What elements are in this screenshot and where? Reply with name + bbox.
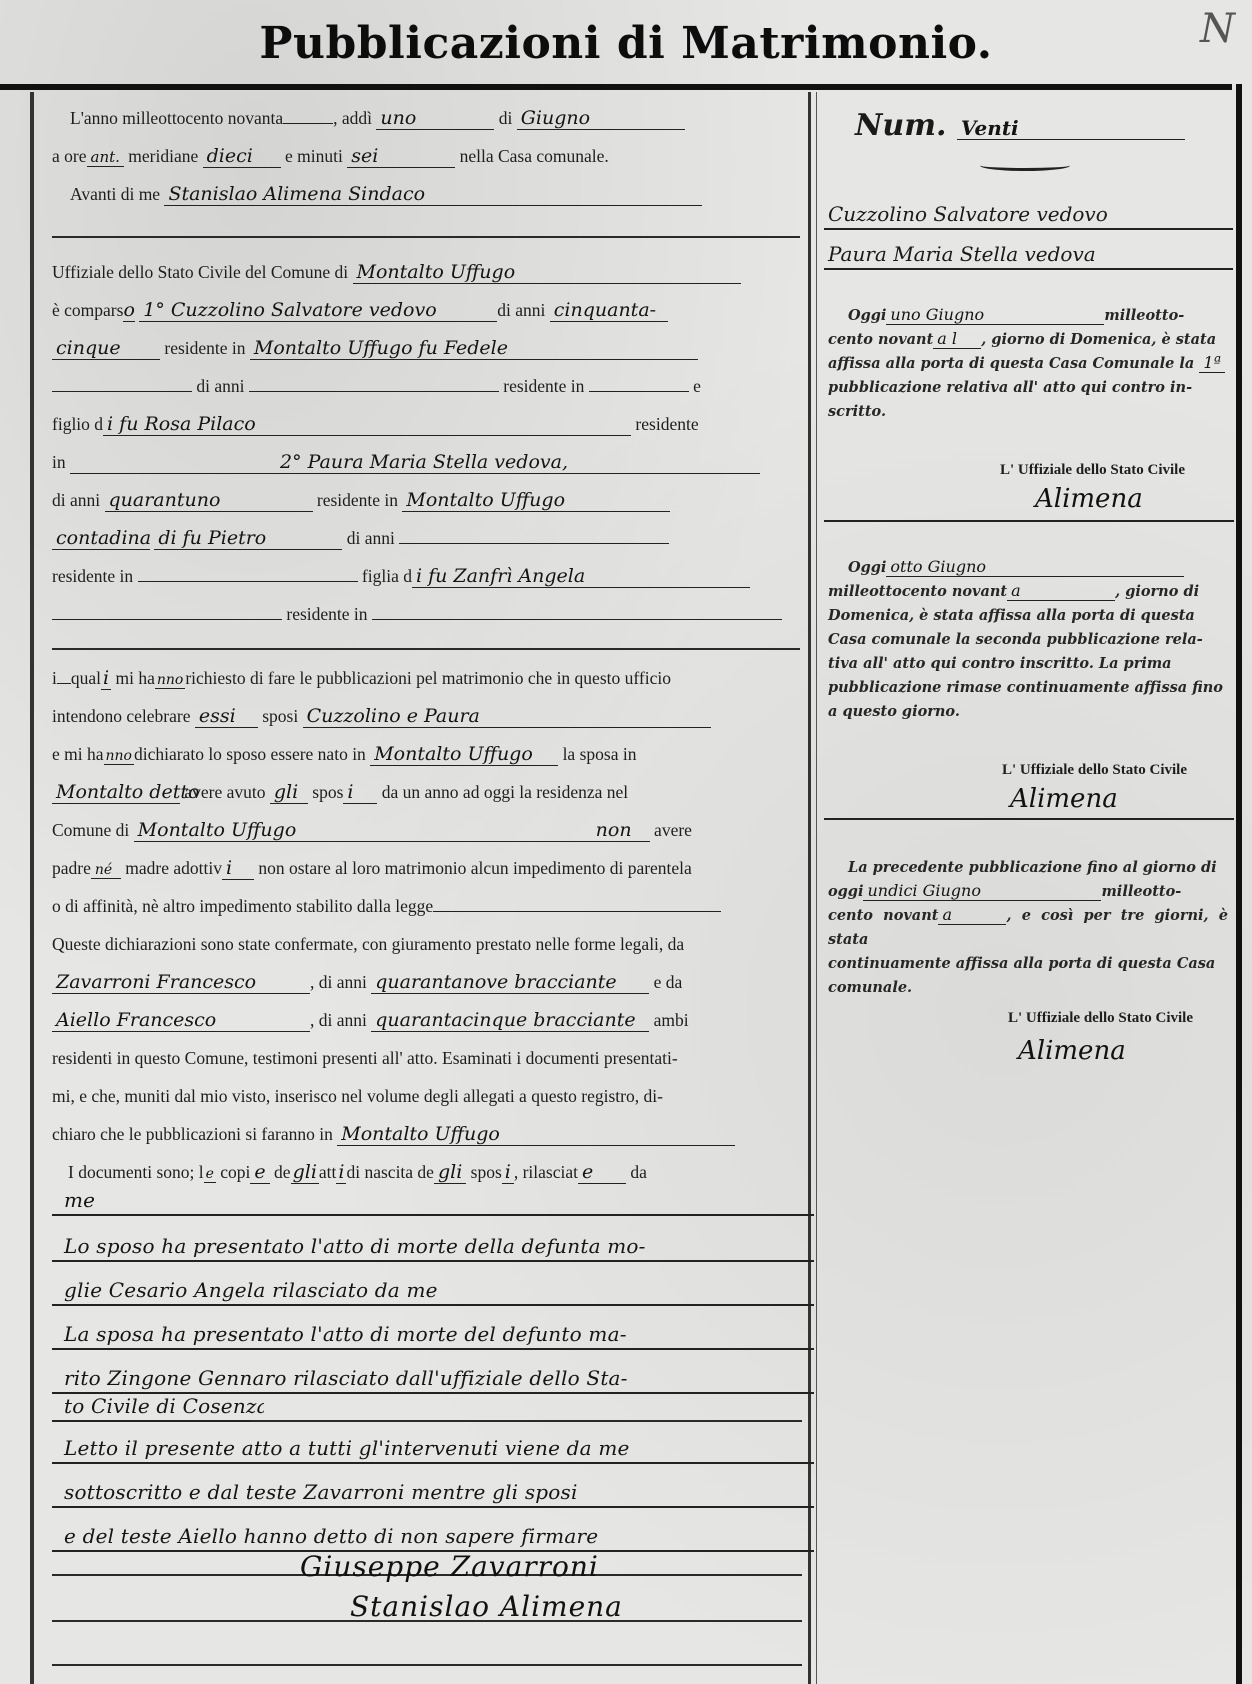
publication-place-field: Montalto Uffugo	[337, 1124, 735, 1146]
witness-signature: Giuseppe Zavarroni	[300, 1550, 599, 1583]
second-pub-date: otto Giugno	[886, 558, 1184, 577]
first-pub-date: uno Giugno	[886, 306, 1104, 325]
body-line-6: padrené madre adottivi non ostare al lor…	[52, 858, 692, 880]
sposa-name-field: 2° Paura Maria Stella vedova,	[70, 452, 760, 474]
body-line-12: mi, e che, muniti dal mio visto, inseris…	[52, 1086, 663, 1107]
sposa-age-line: di anni quarantuno residente in Montalto…	[52, 490, 670, 512]
first-pub-rule	[824, 520, 1234, 522]
minutes-field: sei	[347, 146, 455, 168]
witness-2-line: Aiello Francesco, di anni quarantacinque…	[52, 1010, 689, 1032]
officer-signature: Stanislao Alimena	[350, 1590, 623, 1623]
sposa-mother-field: i fu Zanfrì Angela	[412, 566, 750, 588]
note-line-1: Lo sposo ha presentato l'atto di morte d…	[52, 1232, 814, 1262]
body-line-7: o di affinità, nè altro impedimento stab…	[52, 896, 721, 917]
final-publication-text: La precedente pubblicazione fino al gior…	[828, 856, 1228, 1000]
sposa-father-line: contadina di fu Pietro di anni	[52, 528, 669, 550]
sposa-mother-line: residente in figlia di fu Zanfrì Angela	[52, 566, 750, 588]
comune-line: Uffiziale dello Stato Civile del Comune …	[52, 262, 741, 284]
sposo-name-field: 1° Cuzzolino Salvatore vedovo	[139, 300, 497, 322]
note-line-2: glie Cesario Angela rilasciato da me	[52, 1276, 814, 1306]
right-border	[1236, 84, 1242, 1684]
sposo-residence-line: cinque residente in Montalto Uffugo fu F…	[52, 338, 698, 360]
note-rule-5	[250, 1420, 802, 1422]
header-line-3: Avanti di me Stanislao Alimena Sindaco	[70, 184, 702, 206]
documents-line: I documenti sono; le copie degliattidi n…	[68, 1162, 647, 1184]
first-publication-text: Oggiuno Giugnomilleotto- cento novanta l…	[828, 304, 1228, 424]
note-line-4: rito Zingone Gennaro rilasciato dall'uff…	[52, 1364, 814, 1394]
final-pub-officer-label: L' Uffiziale dello Stato Civile	[1008, 1010, 1193, 1027]
first-pub-officer-label: L' Uffiziale dello Stato Civile	[1000, 462, 1185, 479]
witness-2-name: Aiello Francesco	[52, 1010, 310, 1032]
second-pub-rule	[824, 818, 1234, 820]
note-line-3: La sposa ha presentato l'atto di morte d…	[52, 1320, 814, 1350]
sposo-mother-field: i fu Rosa Pilaco	[103, 414, 631, 436]
sposa-mother-res-line: residente in	[52, 604, 782, 625]
witness-2-age: quarantacinque bracciante	[371, 1010, 649, 1032]
note-line-8: e del teste Aiello hanno detto di non sa…	[52, 1522, 814, 1552]
body-line-5: Comune di Montalto Uffugonon avere	[52, 820, 692, 842]
sposo-extra-line: di anni residente in e	[52, 376, 701, 397]
index-sposa: Paura Maria Stella vedova	[824, 240, 1233, 270]
spouses-field: Cuzzolino e Paura	[303, 706, 711, 728]
page-title: Pubblicazioni di Matrimonio.	[0, 18, 1252, 69]
witness-1-age: quarantanove bracciante	[371, 972, 649, 994]
note-line-7: sottoscritto e dal teste Zavarroni mentr…	[52, 1478, 814, 1508]
body-line-4: Montalto detto avere avuto gli sposi da …	[52, 782, 628, 804]
body-line-13: chiaro che le pubblicazioni si faranno i…	[52, 1124, 735, 1146]
header-line-2: a oreant. meridiane dieci e minuti sei n…	[52, 146, 609, 168]
record-number-value: Venti	[957, 117, 1185, 140]
ore-field: ant.	[87, 149, 124, 167]
final-pub-signature: Alimena	[1018, 1036, 1126, 1066]
signature-rule-3	[52, 1664, 802, 1666]
section-rule-2	[52, 648, 800, 650]
record-number: Num. Venti	[855, 108, 1185, 143]
witness-1-line: Zavarroni Francesco, di anni quarantanov…	[52, 972, 682, 994]
sposo-age-field: cinquanta-	[550, 300, 668, 322]
sposo-birthplace-field: Montalto Uffugo	[370, 744, 558, 766]
witness-1-name: Zavarroni Francesco	[52, 972, 310, 994]
sposo-line: è comparso 1° Cuzzolino Salvatore vedovo…	[52, 300, 668, 322]
sposa-line: in 2° Paura Maria Stella vedova,	[52, 452, 760, 474]
sposa-age-field: quarantuno	[105, 490, 313, 512]
sposo-residence-field: Montalto Uffugo fu Fedele	[250, 338, 698, 360]
residence-comune-field: Montalto Uffugo	[134, 820, 592, 842]
sposa-residence-field: Montalto Uffugo	[402, 490, 670, 512]
decorative-swash	[980, 160, 1070, 171]
comune-field: Montalto Uffugo	[353, 262, 741, 284]
left-border	[30, 92, 34, 1684]
body-line-3: e mi hannodichiarato lo sposo essere nat…	[52, 744, 636, 766]
final-pub-date: undici Giugno	[863, 882, 1101, 901]
section-rule	[52, 236, 800, 238]
hour-field: dieci	[203, 146, 281, 168]
sposa-occupation-field: contadina	[52, 528, 150, 550]
note-line-5: to Civile di Cosenza	[52, 1392, 264, 1422]
index-sposo: Cuzzolino Salvatore vedovo	[824, 200, 1233, 230]
first-pub-signature: Alimena	[1035, 484, 1143, 514]
month-field: Giugno	[517, 108, 685, 130]
body-line-1: iquali mi hannorichiesto di fare le pubb…	[52, 668, 671, 690]
documents-issuer: me	[52, 1186, 814, 1216]
sposa-father-field: di fu Pietro	[154, 528, 342, 550]
second-pub-signature: Alimena	[1010, 784, 1118, 814]
day-field: uno	[376, 108, 494, 130]
top-rule	[0, 84, 1232, 90]
second-publication-text: Oggiotto Giugno milleottocento novanta, …	[828, 556, 1228, 724]
column-divider-thin	[816, 92, 817, 1684]
second-pub-officer-label: L' Uffiziale dello Stato Civile	[1002, 762, 1187, 779]
figlio-line: figlio di fu Rosa Pilaco residente	[52, 414, 699, 436]
officer-field: Stanislao Alimena Sindaco	[164, 184, 702, 206]
header-line-1: L'anno milleottocento novanta, addì uno …	[70, 108, 685, 130]
body-line-8: Queste dichiarazioni sono state conferma…	[52, 934, 684, 955]
body-line-2: intendono celebrare essi sposi Cuzzolino…	[52, 706, 711, 728]
note-line-6: Letto il presente atto a tutti gl'interv…	[52, 1434, 814, 1464]
body-line-11: residenti in questo Comune, testimoni pr…	[52, 1048, 678, 1069]
sposo-age-cont: cinque	[52, 338, 160, 360]
sposa-birthplace-field: Montalto detto	[52, 782, 180, 804]
